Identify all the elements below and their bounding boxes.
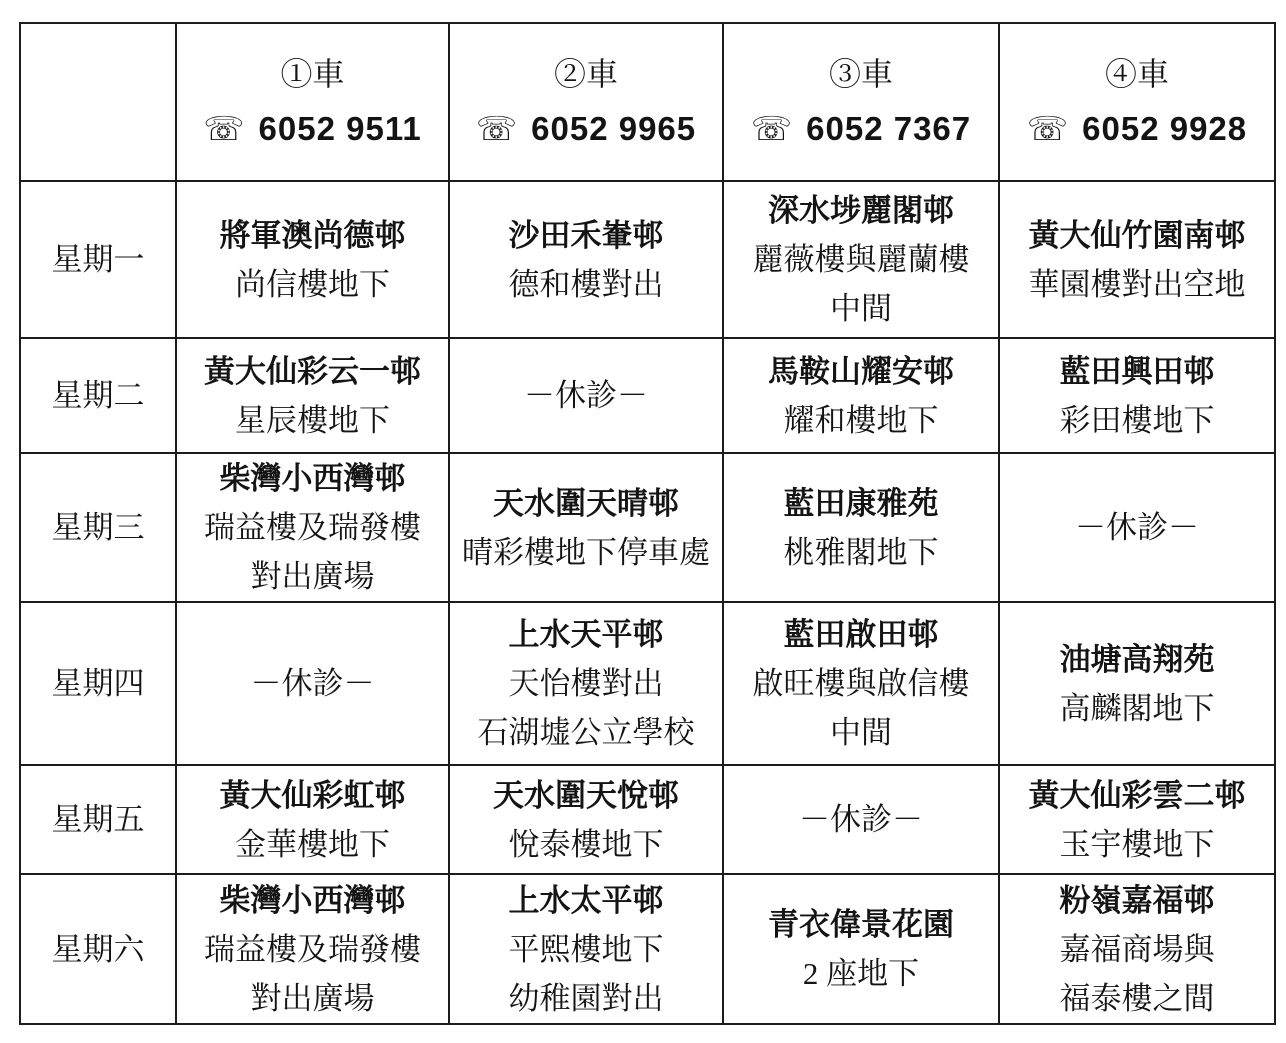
location-line: 瑞益樓及瑞發樓 [177,503,448,552]
vehicle-header-3: ③車 ☏6052 7367 [723,23,999,181]
schedule-cell-closed: －休診－ [449,338,723,453]
location-line: 天怡樓對出 [450,659,722,708]
schedule-cell-closed: －休診－ [176,602,449,765]
schedule-row-saturday: 星期六 柴灣小西灣邨 瑞益樓及瑞發樓 對出廣場 上水太平邨 平熙樓地下 幼稚園對… [20,874,1275,1024]
schedule-cell: 藍田興田邨 彩田樓地下 [999,338,1275,453]
schedule-cell: 青衣偉景花園 2 座地下 [723,874,999,1024]
estate-name: 柴灣小西灣邨 [177,876,448,925]
location-line: 晴彩樓地下停車處 [450,528,722,577]
estate-name: 上水天平邨 [450,610,722,659]
vehicle-label: ③車 [724,47,998,101]
corner-cell [20,23,176,181]
estate-name: 黃大仙彩虹邨 [177,771,448,820]
estate-name: 黃大仙彩雲二邨 [1000,771,1274,820]
location-line: 桃雅閣地下 [724,528,998,577]
schedule-cell: 上水太平邨 平熙樓地下 幼稚園對出 [449,874,723,1024]
day-label: 星期五 [20,765,176,874]
location-line: 石湖墟公立學校 [450,708,722,757]
location-line: 幼稚園對出 [450,974,722,1023]
location-line: 對出廣場 [177,552,448,601]
location-line: 2 座地下 [724,949,998,998]
location-line: 嘉福商場與 [1000,925,1274,974]
schedule-cell: 上水天平邨 天怡樓對出 石湖墟公立學校 [449,602,723,765]
schedule-cell: 藍田康雅苑 桃雅閣地下 [723,453,999,602]
estate-name: 深水埗麗閣邨 [724,186,998,235]
estate-name: 上水太平邨 [450,876,722,925]
schedule-cell: 粉嶺嘉福邨 嘉福商場與 福泰樓之間 [999,874,1275,1024]
closed-label: －休診－ [724,795,998,844]
schedule-cell: 黃大仙彩云一邨 星辰樓地下 [176,338,449,453]
schedule-cell-closed: －休診－ [999,453,1275,602]
estate-name: 天水圍天悅邨 [450,771,722,820]
location-line: 瑞益樓及瑞發樓 [177,925,448,974]
estate-name: 馬鞍山耀安邨 [724,347,998,396]
estate-name: 油塘高翔苑 [1000,635,1274,684]
schedule-cell: 沙田禾輋邨 德和樓對出 [449,181,723,338]
schedule-row-wednesday: 星期三 柴灣小西灣邨 瑞益樓及瑞發樓 對出廣場 天水圍天晴邨 晴彩樓地下停車處 … [20,453,1275,602]
location-line: 中間 [724,708,998,757]
schedule-cell: 將軍澳尚德邨 尚信樓地下 [176,181,449,338]
telephone-icon: ☏ [203,109,244,148]
closed-label: －休診－ [450,371,722,420]
location-line: 玉宇樓地下 [1000,820,1274,869]
header-row: ①車 ☏6052 9511 ②車 ☏6052 9965 ③車 ☏6052 736… [20,23,1275,181]
schedule-row-friday: 星期五 黃大仙彩虹邨 金華樓地下 天水圍天悅邨 悅泰樓地下 －休診－ 黃大仙彩雲… [20,765,1275,874]
location-line: 尚信樓地下 [177,260,448,309]
estate-name: 青衣偉景花園 [724,900,998,949]
vehicle-label: ②車 [450,47,722,101]
vehicle-header-1: ①車 ☏6052 9511 [176,23,449,181]
location-line: 彩田樓地下 [1000,396,1274,445]
telephone-icon: ☏ [476,109,517,148]
location-line: 耀和樓地下 [724,396,998,445]
location-line: 金華樓地下 [177,820,448,869]
schedule-cell: 深水埗麗閣邨 麗薇樓與麗蘭樓 中間 [723,181,999,338]
location-line: 福泰樓之間 [1000,974,1274,1023]
schedule-row-tuesday: 星期二 黃大仙彩云一邨 星辰樓地下 －休診－ 馬鞍山耀安邨 耀和樓地下 藍田興田… [20,338,1275,453]
vehicle-phone: ☏6052 7367 [724,101,998,157]
clinic-schedule-table: ①車 ☏6052 9511 ②車 ☏6052 9965 ③車 ☏6052 736… [19,22,1276,1025]
schedule-cell: 黃大仙彩雲二邨 玉宇樓地下 [999,765,1275,874]
day-label: 星期三 [20,453,176,602]
estate-name: 藍田啟田邨 [724,610,998,659]
schedule-cell: 黃大仙彩虹邨 金華樓地下 [176,765,449,874]
estate-name: 將軍澳尚德邨 [177,211,448,260]
estate-name: 黃大仙竹園南邨 [1000,211,1274,260]
schedule-cell: 黃大仙竹園南邨 華園樓對出空地 [999,181,1275,338]
location-line: 麗薇樓與麗蘭樓 [724,235,998,284]
schedule-cell: 柴灣小西灣邨 瑞益樓及瑞發樓 對出廣場 [176,874,449,1024]
schedule-cell: 柴灣小西灣邨 瑞益樓及瑞發樓 對出廣場 [176,453,449,602]
day-label: 星期四 [20,602,176,765]
schedule-row-thursday: 星期四 －休診－ 上水天平邨 天怡樓對出 石湖墟公立學校 藍田啟田邨 啟旺樓與啟… [20,602,1275,765]
closed-label: －休診－ [1000,503,1274,552]
phone-number: 6052 9928 [1082,110,1247,147]
schedule-cell: 藍田啟田邨 啟旺樓與啟信樓 中間 [723,602,999,765]
day-label: 星期一 [20,181,176,338]
telephone-icon: ☏ [751,109,792,148]
schedule-row-monday: 星期一 將軍澳尚德邨 尚信樓地下 沙田禾輋邨 德和樓對出 深水埗麗閣邨 麗薇樓與… [20,181,1275,338]
estate-name: 藍田興田邨 [1000,347,1274,396]
vehicle-label: ④車 [1000,47,1274,101]
vehicle-header-2: ②車 ☏6052 9965 [449,23,723,181]
location-line: 中間 [724,284,998,333]
location-line: 星辰樓地下 [177,396,448,445]
location-line: 高麟閣地下 [1000,684,1274,733]
location-line: 對出廣場 [177,974,448,1023]
schedule-cell: 馬鞍山耀安邨 耀和樓地下 [723,338,999,453]
estate-name: 粉嶺嘉福邨 [1000,876,1274,925]
vehicle-header-4: ④車 ☏6052 9928 [999,23,1275,181]
schedule-cell-closed: －休診－ [723,765,999,874]
vehicle-phone: ☏6052 9928 [1000,101,1274,157]
phone-number: 6052 9965 [531,110,696,147]
location-line: 悅泰樓地下 [450,820,722,869]
estate-name: 沙田禾輋邨 [450,211,722,260]
vehicle-label: ①車 [177,47,448,101]
schedule-cell: 油塘高翔苑 高麟閣地下 [999,602,1275,765]
phone-number: 6052 9511 [259,110,422,147]
estate-name: 黃大仙彩云一邨 [177,347,448,396]
closed-label: －休診－ [177,659,448,708]
day-label: 星期二 [20,338,176,453]
estate-name: 藍田康雅苑 [724,479,998,528]
day-label: 星期六 [20,874,176,1024]
estate-name: 天水圍天晴邨 [450,479,722,528]
location-line: 華園樓對出空地 [1000,260,1274,309]
location-line: 德和樓對出 [450,260,722,309]
phone-number: 6052 7367 [806,110,971,147]
vehicle-phone: ☏6052 9511 [177,101,448,157]
schedule-cell: 天水圍天晴邨 晴彩樓地下停車處 [449,453,723,602]
location-line: 啟旺樓與啟信樓 [724,659,998,708]
telephone-icon: ☏ [1027,109,1068,148]
vehicle-phone: ☏6052 9965 [450,101,722,157]
schedule-cell: 天水圍天悅邨 悅泰樓地下 [449,765,723,874]
location-line: 平熙樓地下 [450,925,722,974]
estate-name: 柴灣小西灣邨 [177,454,448,503]
